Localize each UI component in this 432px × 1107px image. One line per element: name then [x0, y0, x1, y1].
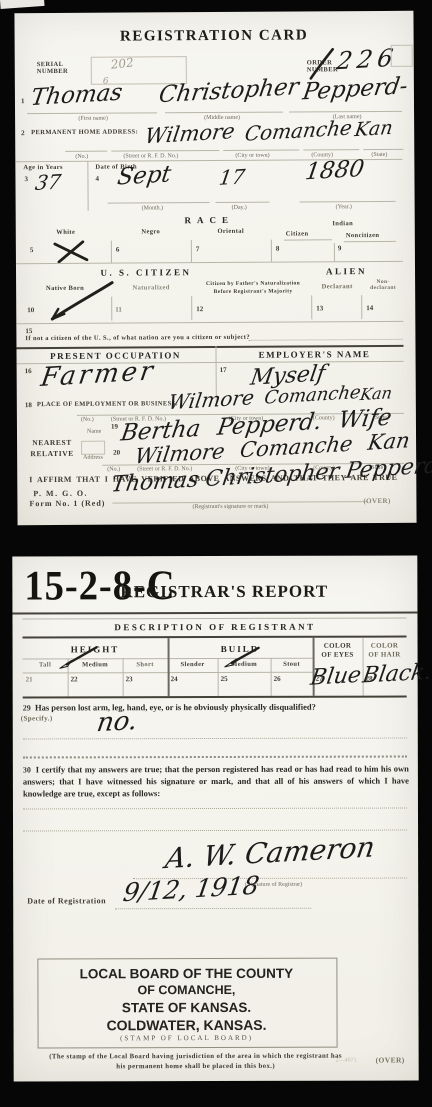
- col-26-number: 26: [274, 675, 281, 683]
- race-divider-4: [334, 243, 335, 261]
- cit-divider-4: [361, 295, 362, 319]
- alien-header: ALIEN: [294, 266, 399, 277]
- report-title: REGISTRAR'S REPORT: [120, 582, 328, 603]
- tbl-v5: [271, 658, 272, 696]
- race-box-6-number: 6: [116, 246, 120, 254]
- col-23-number: 23: [126, 675, 133, 683]
- eyes-value-handwriting: Blue: [309, 663, 363, 691]
- scan-corner-sliver: [0, 0, 45, 9]
- address-city-handwriting: Wilmore: [143, 119, 236, 148]
- citizenship-naturalized: Naturalized: [114, 284, 188, 291]
- dob-sublabel-day: (Day.): [232, 205, 247, 211]
- scanned-draft-registration-card: { "colors": {"background":"#060606","pap…: [0, 0, 432, 1107]
- line1-number: 1: [21, 97, 25, 105]
- race-divider-1: [111, 241, 112, 263]
- employment-county-handwriting: Comanche: [263, 382, 362, 409]
- line30-number: 30: [23, 765, 31, 774]
- card-title: REGISTRATION CARD: [15, 27, 414, 46]
- line15-answer-line: [248, 339, 402, 341]
- occupation-handwriting: Farmer: [39, 356, 158, 393]
- stamp-box-caption: (The stamp of the Local Board having jur…: [46, 1052, 346, 1073]
- dob-day-baseline: [216, 202, 270, 203]
- cit-box-12-number: 12: [196, 305, 203, 313]
- citizenship-nondeclarant: Non-declarant: [364, 279, 402, 291]
- native-born-check-mark: [38, 279, 118, 325]
- stamp-line-4: COLDWATER, KANSAS.: [38, 1017, 336, 1034]
- col-22-number: 22: [71, 675, 78, 683]
- address-street-baseline: [111, 150, 219, 152]
- description-bottomline: [23, 635, 407, 638]
- order-corner-box: [391, 45, 413, 67]
- employer-header: EMPLOYER'S NAME: [234, 349, 396, 360]
- address-state-baseline: [363, 149, 403, 150]
- line17-number: 17: [220, 366, 227, 374]
- col-24-number: 24: [171, 675, 178, 683]
- race-box-5-number: 5: [30, 246, 34, 254]
- line15-number: 15: [25, 327, 32, 335]
- stamp-line-2: OF COMANCHE,: [37, 983, 335, 998]
- relative-small-box: [81, 441, 105, 455]
- registration-date-handwriting: 9/12, 1918: [121, 870, 261, 907]
- us-citizen-header: U. S. CITIZEN: [16, 267, 276, 279]
- dob-year-baseline: [300, 201, 396, 203]
- eyes-header-line2: OF EYES: [313, 651, 363, 659]
- form-number: 2—4071: [336, 1058, 357, 1064]
- noncitizen-underline: [344, 241, 396, 242]
- address-no-baseline: [65, 151, 107, 152]
- citizen-underline: [284, 239, 332, 240]
- nearest-relative-label: NEAREST RELATIVE: [25, 437, 79, 460]
- col-short-label: Short: [123, 661, 168, 668]
- line30-text: I certify that my answers are true; that…: [23, 763, 409, 798]
- hair-header-line2: OF HAIR: [363, 650, 407, 658]
- name-last-handwriting: Pepperd-: [301, 73, 409, 105]
- col-25-number: 25: [221, 675, 228, 683]
- cit-box-14-number: 14: [366, 304, 373, 312]
- line20-number: 20: [113, 449, 120, 457]
- build-medium-arrow-mark: [223, 646, 261, 670]
- dob-number: 4: [95, 175, 99, 183]
- address-county-baseline: [303, 149, 359, 150]
- line18-number: 18: [25, 401, 32, 409]
- race-divider-3: [271, 240, 272, 262]
- dob-month-baseline: [108, 202, 210, 204]
- tbl-v3: [168, 638, 170, 696]
- line29-answer-line: [23, 737, 407, 739]
- race-option-indian-citizen: Citizen: [286, 230, 309, 237]
- tbl-v4: [218, 658, 219, 696]
- first-name-sublabel: (First name): [53, 116, 133, 122]
- last-name-baseline: [289, 111, 402, 113]
- employment-city-handwriting: Wilmore: [167, 385, 256, 414]
- line2-number: 2: [21, 129, 25, 137]
- col-slender-label: Slender: [168, 661, 218, 668]
- address-sublabel-no: (No.): [75, 154, 88, 160]
- back-over-label: (OVER): [376, 1056, 405, 1065]
- race-option-indian: Indian: [283, 220, 403, 228]
- cit-box-13-number: 13: [316, 304, 323, 312]
- registrars-report-card: 15-2-8-C REGISTRAR'S REPORT DESCRIPTION …: [12, 555, 418, 1081]
- line19-number: 19: [111, 423, 118, 431]
- relative-name-label: Name: [87, 429, 101, 435]
- front-over-label: (OVER): [363, 497, 390, 505]
- line29-number: 29: [23, 703, 31, 712]
- cit-divider-3: [311, 295, 312, 319]
- spacer-dotted-line-2: [23, 807, 407, 809]
- tbl-v2: [123, 658, 124, 696]
- citizenship-by-father: Citizen by Father's Naturalization Befor…: [199, 279, 307, 296]
- first-name-baseline: [27, 112, 157, 114]
- form-org: P. M. G. O.: [33, 489, 88, 498]
- description-header: DESCRIPTION OF REGISTRANT: [12, 621, 417, 632]
- race-box-9-number: 9: [338, 244, 342, 252]
- race-option-white: White: [36, 229, 96, 236]
- employment-sublabel-no: (No.): [81, 417, 94, 423]
- age-dob-divider: [87, 161, 88, 211]
- relative-address-label: Address: [83, 455, 103, 461]
- stamp-line-3: STATE OF KANSAS.: [37, 1000, 335, 1016]
- age-value-handwriting: 37: [34, 169, 63, 195]
- dob-month-handwriting: Sept: [116, 161, 173, 190]
- address-sublabel-city: (City or town): [235, 153, 269, 159]
- hair-value-handwriting: Black.: [361, 660, 432, 689]
- title-rule: [12, 611, 417, 614]
- eyes-header-line1: COLOR: [313, 642, 363, 650]
- table-bottomline: [23, 695, 407, 698]
- dob-year-handwriting: 1880: [303, 156, 365, 186]
- employment-state-handwriting: Kan: [359, 383, 394, 404]
- registration-date-label: Date of Registration: [27, 896, 106, 905]
- race-option-indian-noncitizen: Noncitizen: [346, 232, 380, 239]
- order-number-flourish-mark: [307, 47, 337, 81]
- race-option-negro: Negro: [121, 228, 181, 235]
- registration-card-front: REGISTRATION CARD SERIAL NUMBER 202 6 OR…: [14, 11, 416, 525]
- line29-answer-handwriting: no.: [95, 706, 140, 739]
- race-box-8-number: 8: [276, 245, 280, 253]
- col-21-number: 21: [26, 675, 33, 683]
- cit-box-10-number: 10: [27, 306, 34, 314]
- spacer-dotted-line-1: [23, 755, 407, 758]
- citizenship-declarant: Declarant: [314, 283, 360, 290]
- form-name: Form No. 1 (Red): [29, 499, 105, 508]
- dob-sublabel-year: (Year.): [336, 204, 352, 210]
- middle-name-baseline: [165, 112, 283, 114]
- dob-day-handwriting: 17: [218, 164, 247, 190]
- address-city-baseline: [223, 149, 299, 150]
- serial-number-label: SERIAL NUMBER: [37, 61, 73, 75]
- address-sublabel-street: (Street or R. F. D. No.): [123, 153, 178, 159]
- registrar-signature-handwriting: A. W. Cameron: [163, 830, 377, 875]
- line29-specify: (Specify.): [21, 714, 53, 722]
- cit-divider-2: [191, 296, 192, 320]
- height-medium-arrow-mark: [57, 644, 99, 670]
- address-sublabel-state: (State): [371, 152, 387, 158]
- line15-question: If not a citizen of the U. S., of what n…: [25, 334, 250, 342]
- race-divider-2: [191, 240, 192, 262]
- race-box-7-number: 7: [196, 245, 200, 253]
- col-stout-label: Stout: [271, 661, 313, 668]
- registration-date-line: [115, 908, 311, 910]
- line16-number: 16: [25, 367, 32, 375]
- stamp-box-sublabel: (STAMP OF LOCAL BOARD): [38, 1034, 336, 1043]
- age-number: 3: [24, 175, 28, 183]
- stamp-line-1: LOCAL BOARD OF THE COUNTY: [37, 966, 335, 982]
- description-topline: [22, 617, 406, 619]
- race-white-x-mark: [50, 240, 92, 264]
- dob-sublabel-month: (Month.): [142, 205, 164, 211]
- name-first-handwriting: Thomas: [29, 80, 124, 112]
- race-option-oriental: Oriental: [201, 228, 261, 235]
- registrant-signature-sublabel: (Registrant's signature or mark): [192, 504, 268, 510]
- employment-place-label: PLACE OF EMPLOYMENT OR BUSINESS:: [37, 400, 178, 408]
- home-address-label: PERMANENT HOME ADDRESS:: [31, 128, 138, 136]
- serial-number-pencil: 202: [110, 55, 134, 71]
- address-county-handwriting: Comanche: [243, 115, 354, 146]
- hair-header-line1: COLOR: [363, 641, 407, 649]
- address-state-handwriting: Kan: [353, 117, 394, 141]
- line29-question: Has person lost arm, leg, hand, eye, or …: [35, 702, 316, 713]
